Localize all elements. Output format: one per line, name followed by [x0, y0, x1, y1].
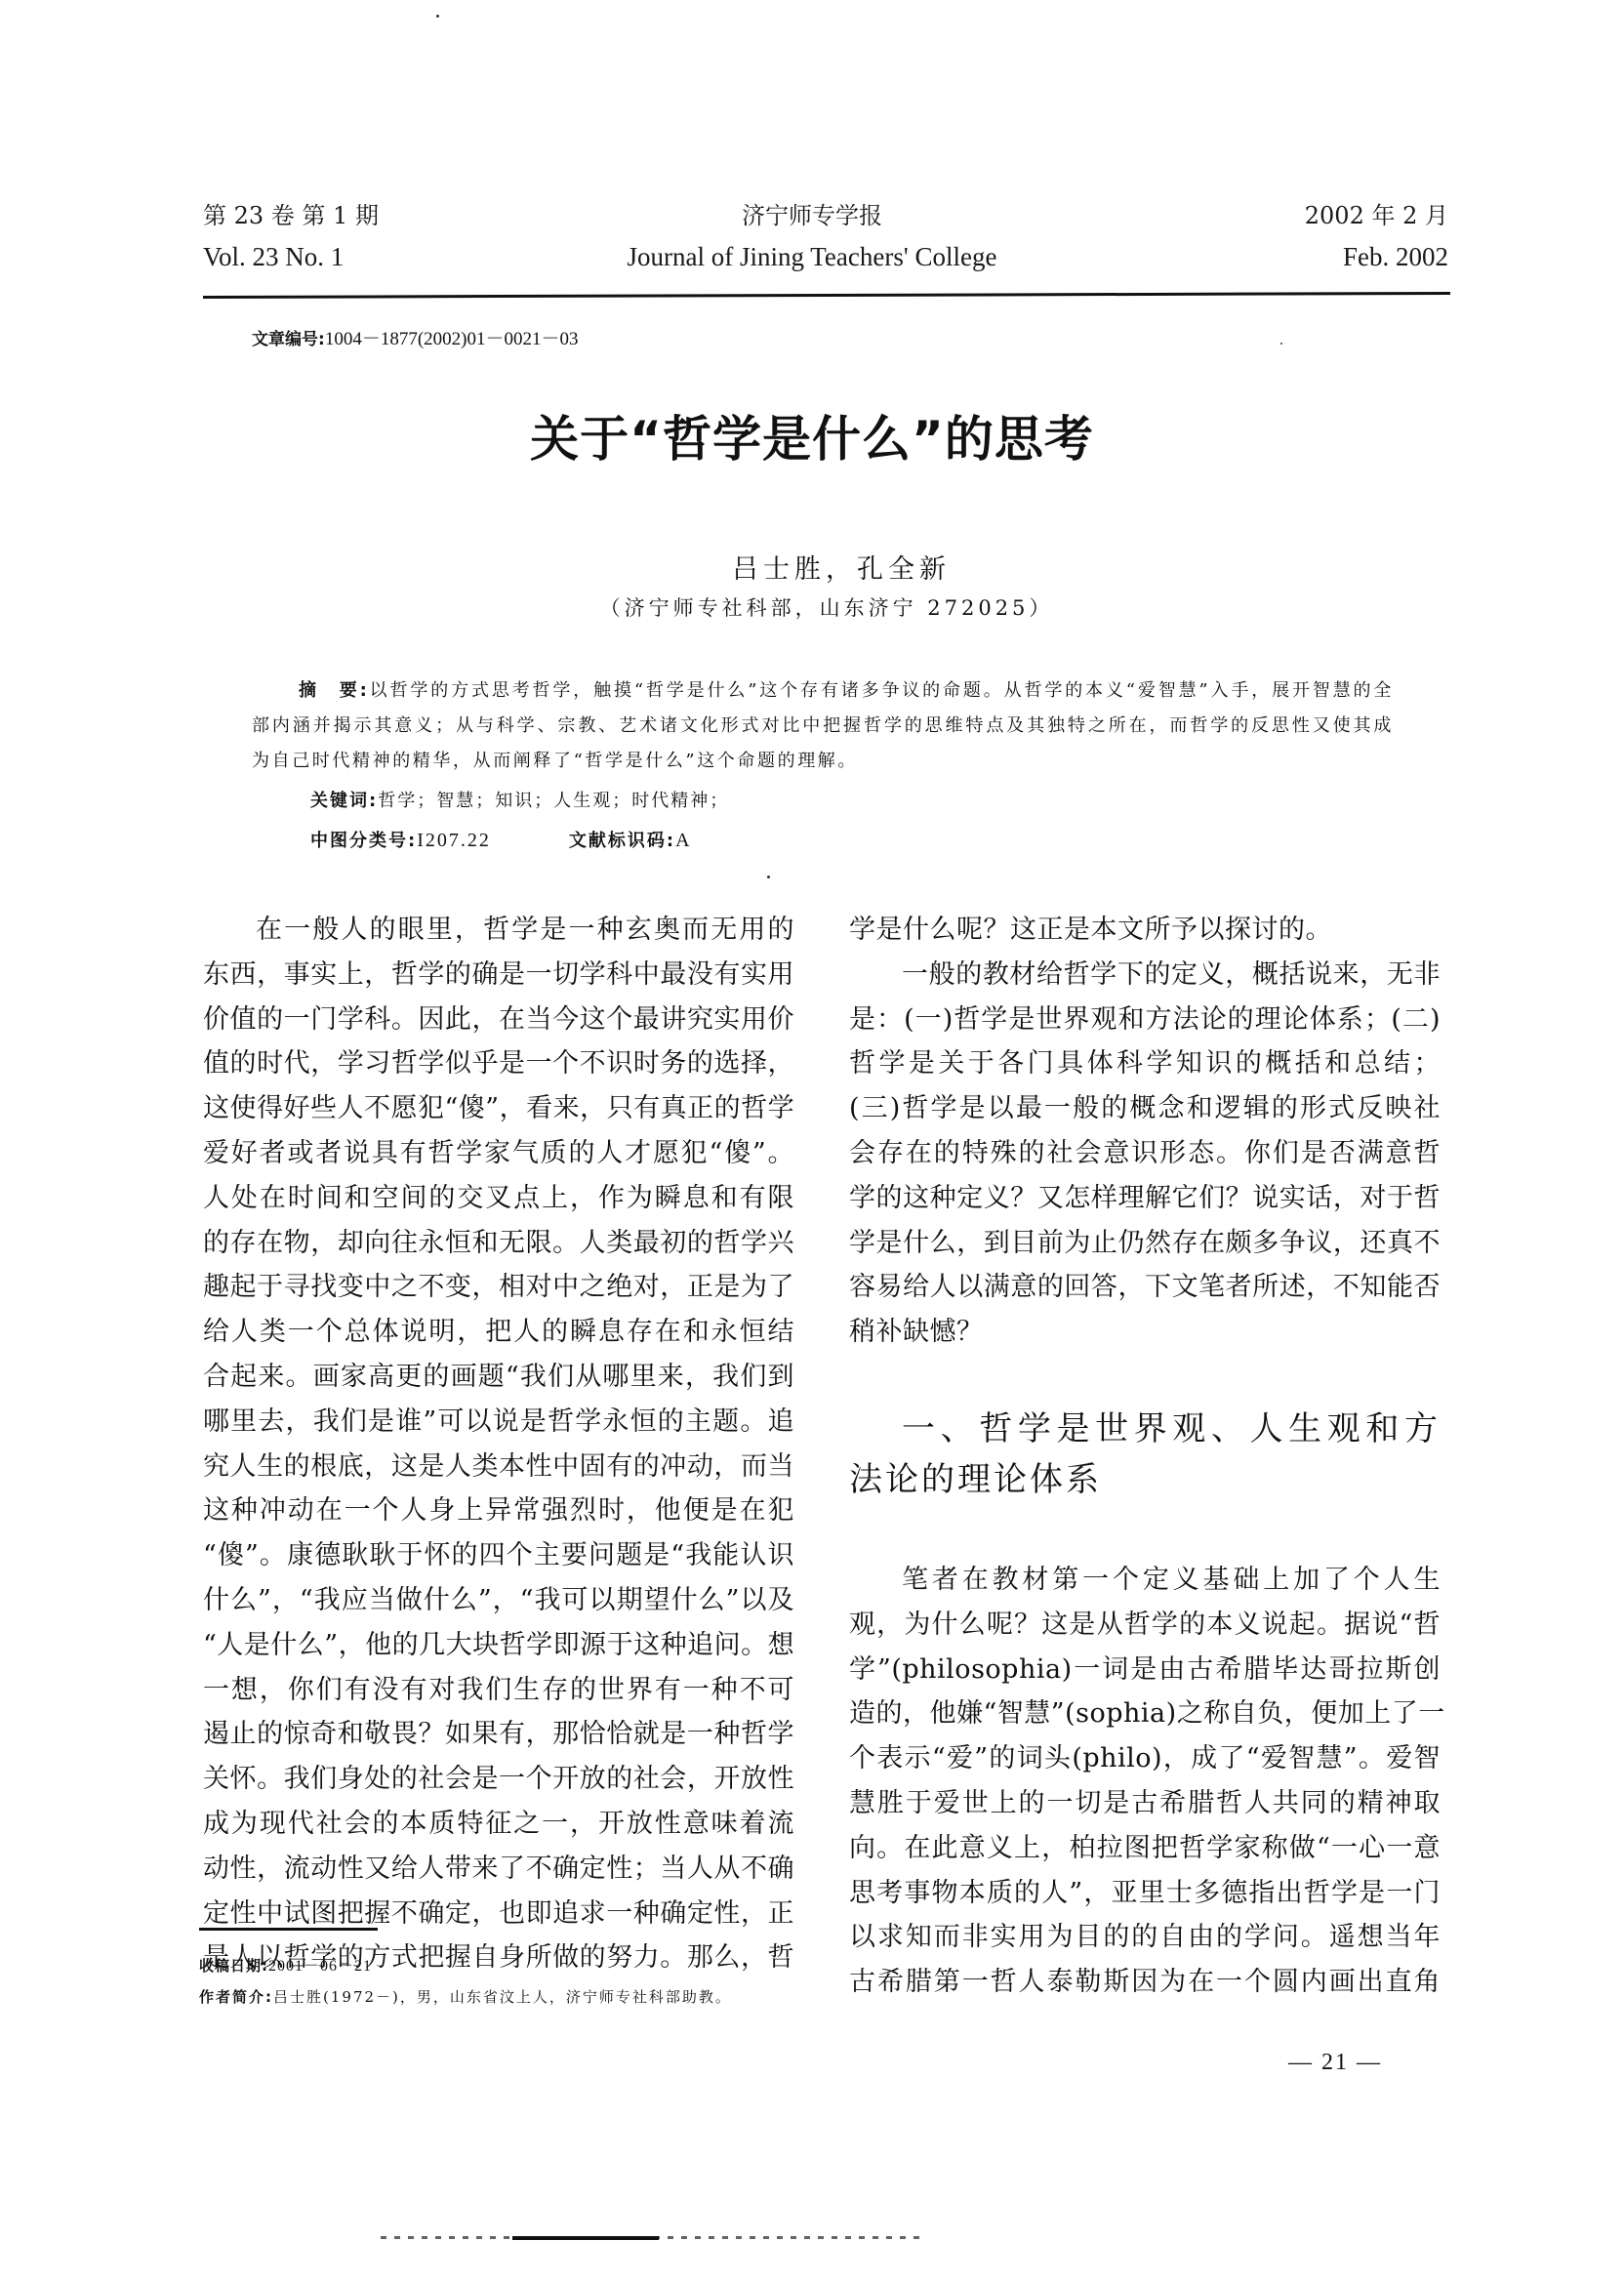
doc-code-value: A — [675, 830, 691, 851]
text-line: (三)哲学是以最一般的概念和逻辑的形式反映社 — [849, 1086, 1441, 1131]
text-line: 向。在此意义上，柏拉图把哲学家称做“一心一意 — [849, 1826, 1441, 1871]
text-line: 笔者在教材第一个定义基础上加了个人生 — [849, 1558, 1441, 1603]
text-line: 遏止的惊奇和敬畏？如果有，那恰恰就是一种哲学 — [203, 1712, 794, 1757]
footnote-rule — [199, 1928, 378, 1931]
paragraph: 一般的教材给哲学下的定义，概括说来，无非 是：(一)哲学是世界观和方法论的理论体… — [849, 953, 1441, 1355]
text-line: 以求知而非实用为目的的自由的学问。遥想当年 — [849, 1915, 1441, 1960]
text-line: 动性，流动性又给人带来了不确定性；当人从不确 — [203, 1847, 794, 1892]
text-line: 趣起于寻找变中之不变，相对中之绝对，正是为了 — [203, 1265, 794, 1310]
paragraph: 笔者在教材第一个定义基础上加了个人生 观，为什么呢？这是从哲学的本义说起。据说“… — [849, 1558, 1441, 2005]
text-line: 的存在物，却向往永恒和无限。人类最初的哲学兴 — [203, 1221, 794, 1266]
text-line: 思考事物本质的人”，亚里士多德指出哲学是一门 — [849, 1871, 1441, 1916]
authors: 吕士胜，孔全新 — [0, 552, 1624, 588]
text-line: 爱好者或者说具有哲学家气质的人才愿犯“傻”。 — [203, 1131, 794, 1176]
text-line: 关怀。我们身处的社会是一个开放的社会，开放性 — [203, 1757, 794, 1802]
heading-line: 一、哲学是世界观、人生观和方 — [849, 1404, 1441, 1454]
header-rule — [203, 292, 1450, 299]
scan-speck — [1280, 343, 1282, 345]
paper-title: 关于“哲学是什么”的思考 — [0, 408, 1624, 470]
text-line: 学”(philosophia)一词是由古希腊毕达哥拉斯创 — [849, 1648, 1441, 1692]
scan-artifact — [381, 2235, 927, 2241]
text-line: 成为现代社会的本质特征之一，开放性意味着流 — [203, 1802, 794, 1847]
text-line: 慧胜于爱世上的一切是古希腊哲人共同的精神取 — [849, 1781, 1441, 1826]
publication-date-en: Feb. 2002 — [1305, 236, 1448, 277]
text-line: 古希腊第一哲人泰勒斯因为在一个圆内画出直角 — [849, 1960, 1441, 2005]
abstract: 摘 要:以哲学的方式思考哲学，触摸“哲学是什么”这个存有诸多争议的命题。从哲学的… — [252, 673, 1394, 779]
scan-bar — [512, 2236, 659, 2240]
body-column-left: 在一般人的眼里，哲学是一种玄奥而无用的 东西，事实上，哲学的确是一切学科中最没有… — [203, 908, 794, 1980]
author-bio-value: 吕士胜(1972－)，男，山东省汶上人，济宁师专社科部助教。 — [273, 1988, 732, 2006]
text-line: 什么”，“我应当做什么”，“我可以期望什么”以及 — [203, 1578, 794, 1623]
received-date: 收稿日期:2001－06－21 — [199, 1954, 372, 1978]
text-line: 学是什么，到目前为止仍然存在颇多争议，还真不 — [849, 1221, 1441, 1266]
article-number-label: 文章编号: — [252, 330, 325, 349]
author-bio: 作者简介:吕士胜(1972－)，男，山东省汶上人，济宁师专社科部助教。 — [199, 1985, 732, 2009]
abstract-text: 以哲学的方式思考哲学，触摸“哲学是什么”这个存有诸多争议的命题。从哲学的本义“爱… — [252, 680, 1394, 771]
text-line: 这使得好些人不愿犯“傻”，看来，只有真正的哲学 — [203, 1086, 794, 1131]
text-line: 在一般人的眼里，哲学是一种玄奥而无用的 — [203, 908, 794, 953]
keywords-label: 关键词: — [310, 791, 378, 811]
doc-code-label: 文献标识码: — [569, 831, 675, 851]
clc-label: 中图分类号: — [310, 831, 417, 851]
classification: 中图分类号:I207.22文献标识码:A — [310, 826, 692, 856]
text-line: 究人生的根底，这是人类本性中固有的冲动，而当 — [203, 1445, 794, 1489]
text-line: 是：(一)哲学是世界观和方法论的理论体系；(二) — [849, 998, 1441, 1042]
affiliation: （济宁师专社科部，山东济宁 272025） — [0, 593, 1624, 623]
text-line: 稍补缺憾？ — [849, 1310, 1441, 1355]
text-line: 会存在的特殊的社会意识形态。你们是否满意哲 — [849, 1131, 1441, 1176]
received-date-value: 2001－06－21 — [268, 1958, 372, 1975]
text-line: 值的时代，学习哲学似乎是一个不识时务的选择， — [203, 1041, 794, 1086]
author-bio-label: 作者简介: — [199, 1988, 273, 2006]
scan-speck — [767, 876, 770, 878]
text-line: 学的这种定义？又怎样理解它们？说实话，对于哲 — [849, 1176, 1441, 1221]
abstract-label: 摘 要: — [252, 680, 369, 701]
text-line: 东西，事实上，哲学的确是一切学科中最没有实用 — [203, 953, 794, 998]
text-line: 合起来。画家高更的画题“我们从哪里来，我们到 — [203, 1355, 794, 1400]
keywords-value: 哲学；智慧；知识；人生观；时代精神； — [378, 791, 729, 811]
section-heading: 一、哲学是世界观、人生观和方 法论的理论体系 — [849, 1404, 1441, 1505]
text-line: 哪里去，我们是谁”可以说是哲学永恒的主题。追 — [203, 1400, 794, 1445]
text-line: 造的，他嫌“智慧”(sophia)之称自负，便加上了一 — [849, 1691, 1441, 1736]
paragraph: 在一般人的眼里，哲学是一种玄奥而无用的 东西，事实上，哲学的确是一切学科中最没有… — [203, 908, 794, 1980]
text-line: 给人类一个总体说明，把人的瞬息存在和永恒结 — [203, 1310, 794, 1355]
paragraph: 学是什么呢？这正是本文所予以探讨的。 — [849, 908, 1441, 953]
text-line: 容易给人以满意的回答，下文笔者所述，不知能否 — [849, 1265, 1441, 1310]
publication-date-cn: 2002 年 2 月 — [1305, 195, 1448, 236]
text-line: 个表示“爱”的词头(philo)，成了“爱智慧”。爱智 — [849, 1736, 1441, 1781]
text-line: 一般的教材给哲学下的定义，概括说来，无非 — [849, 953, 1441, 998]
body-column-right: 学是什么呢？这正是本文所予以探讨的。 一般的教材给哲学下的定义，概括说来，无非 … — [849, 908, 1441, 2005]
article-number: 文章编号:1004－1877(2002)01－0021－03 — [252, 328, 578, 351]
received-date-label: 收稿日期: — [199, 1957, 268, 1975]
text-line: 价值的一门学科。因此，在当今这个最讲究实用价 — [203, 998, 794, 1042]
text-line: “傻”。康德耿耿于怀的四个主要问题是“我能认识 — [203, 1533, 794, 1578]
text-line: 观，为什么呢？这是从哲学的本义说起。据说“哲 — [849, 1603, 1441, 1648]
heading-line: 法论的理论体系 — [849, 1454, 1441, 1505]
page-number: — 21 — — [1288, 2048, 1382, 2077]
keywords: 关键词:哲学；智慧；知识；人生观；时代精神； — [310, 787, 729, 816]
scan-speck — [436, 15, 439, 18]
text-line: 学是什么呢？这正是本文所予以探讨的。 — [849, 908, 1441, 953]
publication-date: 2002 年 2 月 Feb. 2002 — [1305, 195, 1448, 277]
text-line: 人处在时间和空间的交叉点上，作为瞬息和有限 — [203, 1176, 794, 1221]
text-line: 哲学是关于各门具体科学知识的概括和总结； — [849, 1041, 1441, 1086]
text-line: “人是什么”，他的几大块哲学即源于这种追问。想 — [203, 1623, 794, 1668]
clc-value: I207.22 — [417, 830, 491, 851]
text-line: 这种冲动在一个人身上异常强烈时，他便是在犯 — [203, 1488, 794, 1533]
article-number-value: 1004－1877(2002)01－0021－03 — [325, 329, 579, 349]
text-line: 一想，你们有没有对我们生存的世界有一种不可 — [203, 1668, 794, 1713]
